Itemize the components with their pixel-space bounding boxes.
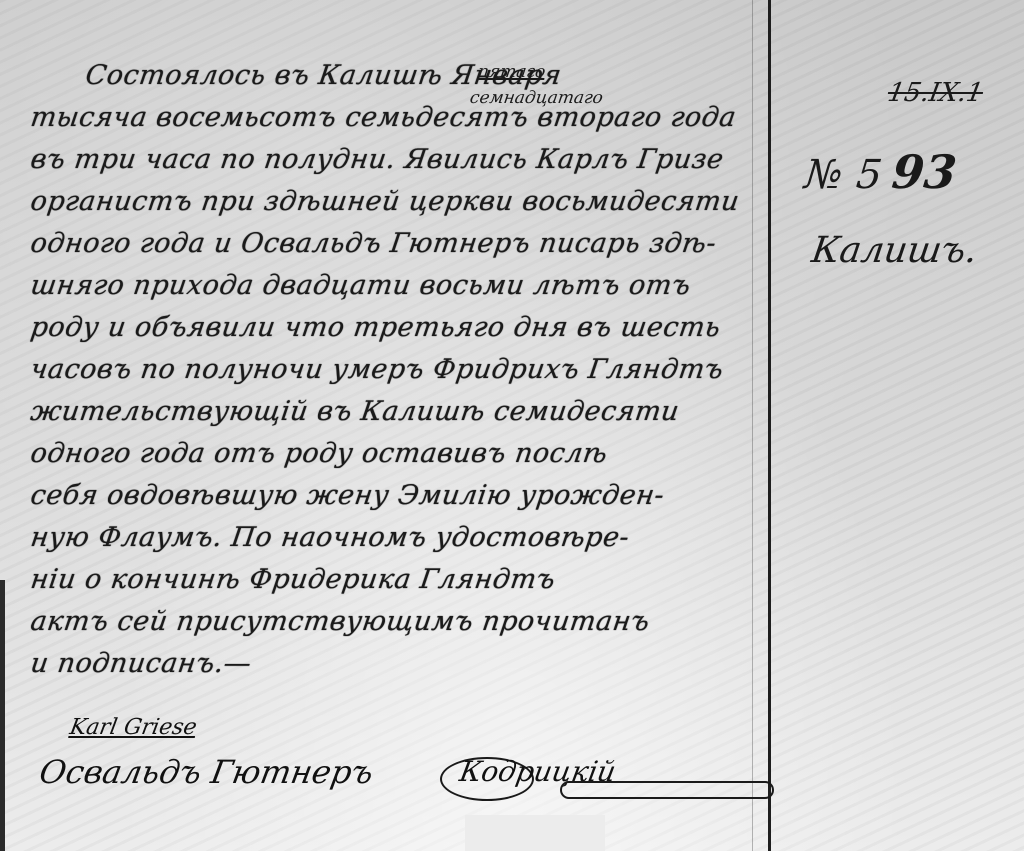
faded-stamp-patch (465, 815, 605, 851)
signature-karl-griese: Karl Griese (68, 715, 199, 740)
text-line: одного года и Освальдъ Гютнеръ писарь зд… (27, 228, 773, 270)
margin-annotation: 15.IX.1 (885, 78, 985, 108)
signature-oswald-gutner: Освальдъ Гютнеръ (37, 753, 377, 791)
record-number-alt: 93 (889, 145, 959, 199)
text-line: органистъ при здѣшней церкви восьмидесят… (27, 186, 773, 228)
scanned-document-page: пятаго семнадцатаго Состоялось въ Калишѣ… (0, 0, 1024, 851)
text-line: Состоялось въ Калишѣ Января (27, 60, 773, 102)
text-line: и подписанъ.— (27, 648, 773, 690)
text-line: жительствующій въ Калишѣ семидесяти (27, 396, 773, 438)
text-line: шняго прихода двадцати восьми лѣтъ отъ (27, 270, 773, 312)
signature-underline-flourish (560, 781, 774, 799)
record-number-value: 5 (854, 152, 884, 198)
text-line: въ три часа по полудни. Явились Карлъ Гр… (27, 144, 773, 186)
record-body-text: Состоялось въ Калишѣ Января тысяча восем… (30, 60, 770, 690)
number-sign: № (802, 152, 845, 198)
text-line: тысяча восемьсотъ семьдесятъ втораго год… (27, 102, 773, 144)
record-number: №593 (802, 145, 959, 199)
margin-place-name: Калишъ. (809, 230, 980, 271)
text-line: себя овдовѣвшую жену Эмилію урожден- (27, 480, 773, 522)
text-line: роду и объявили что третьяго дня въ шест… (27, 312, 773, 354)
text-line: часовъ по полуночи умеръ Фридрихъ Гляндт… (27, 354, 773, 396)
text-line: одного года отъ роду оставивъ послѣ (27, 438, 773, 480)
page-left-edge-shadow (0, 580, 5, 851)
text-line: актъ сей присутствующимъ прочитанъ (27, 606, 773, 648)
text-line: ніи о кончинѣ Фридерика Гляндтъ (27, 564, 773, 606)
right-margin: 15.IX.1 №593 Калишъ. (780, 60, 1024, 360)
text-line: ную Флаумъ. По наочномъ удостовѣре- (27, 522, 773, 564)
